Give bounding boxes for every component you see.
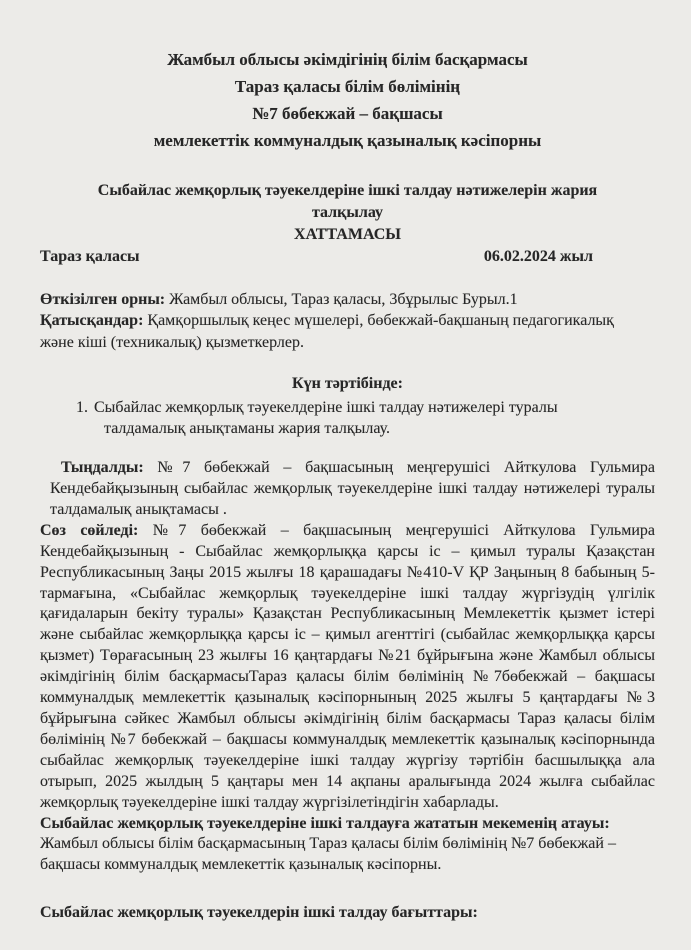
venue-text: Жамбыл облысы, Тараз қаласы, 3бұрылыс Бу… [169, 291, 517, 308]
agenda-item-number: 1. [76, 397, 94, 439]
org-header-line-4: мемлекеттік коммуналдық қазыналық кәсіпо… [40, 127, 655, 154]
place-name: Тараз қаласы [40, 247, 140, 268]
venue-label: Өткізілген орны: [40, 291, 165, 308]
participants-label: Қатысқандар: [40, 312, 143, 329]
agenda-item: 1. Сыбайлас жемқорлық тәуекелдеріне ішкі… [40, 397, 655, 439]
agenda-item-text: Сыбайлас жемқорлық тәуекелдеріне ішкі та… [94, 397, 624, 439]
speech-text: №7 бөбекжай – бақшасының меңгерушісі Айт… [40, 522, 655, 811]
directions-heading: Сыбайлас жемқорлық тәуекелдерін ішкі тал… [40, 902, 655, 923]
document-type: ХАТТАМАСЫ [40, 225, 655, 245]
document-date: 06.02.2024 жыл [484, 247, 593, 268]
heard-paragraph: Тыңдалды: №7 бөбекжай – бақшасының меңге… [40, 458, 655, 521]
agenda-heading: Күн тәртібінде: [40, 374, 655, 395]
document-title: Сыбайлас жемқорлық тәуекелдеріне ішкі та… [68, 180, 628, 224]
document-page: Жамбыл облысы әкімдігінің білім басқарма… [0, 0, 691, 950]
meta-block: Өткізілген орны: Жамбыл облысы, Тараз қа… [40, 289, 618, 354]
place-date-row: Тараз қаласы 06.02.2024 жыл [40, 247, 655, 268]
institution-label: Сыбайлас жемқорлық тәуекелдеріне ішкі та… [40, 814, 655, 835]
speech-label: Сөз сөйледі: [40, 522, 138, 539]
participants-line: Қатысқандар: Қамқоршылық кеңес мүшелері,… [40, 310, 618, 353]
org-header: Жамбыл облысы әкімдігінің білім басқарма… [40, 46, 655, 154]
org-header-line-3: №7 бөбекжай – бақшасы [40, 100, 655, 127]
heard-label: Тыңдалды: [61, 459, 144, 476]
venue-line: Өткізілген орны: Жамбыл облысы, Тараз қа… [40, 289, 618, 311]
org-header-line-2: Тараз қаласы білім бөлімінің [40, 73, 655, 100]
org-header-line-1: Жамбыл облысы әкімдігінің білім басқарма… [40, 46, 655, 73]
institution-text: Жамбыл облысы білім басқармасының Тараз … [40, 834, 640, 876]
speech-paragraph: Сөз сөйледі: №7 бөбекжай – бақшасының ме… [40, 521, 655, 814]
title-block: Сыбайлас жемқорлық тәуекелдеріне ішкі та… [40, 180, 655, 245]
